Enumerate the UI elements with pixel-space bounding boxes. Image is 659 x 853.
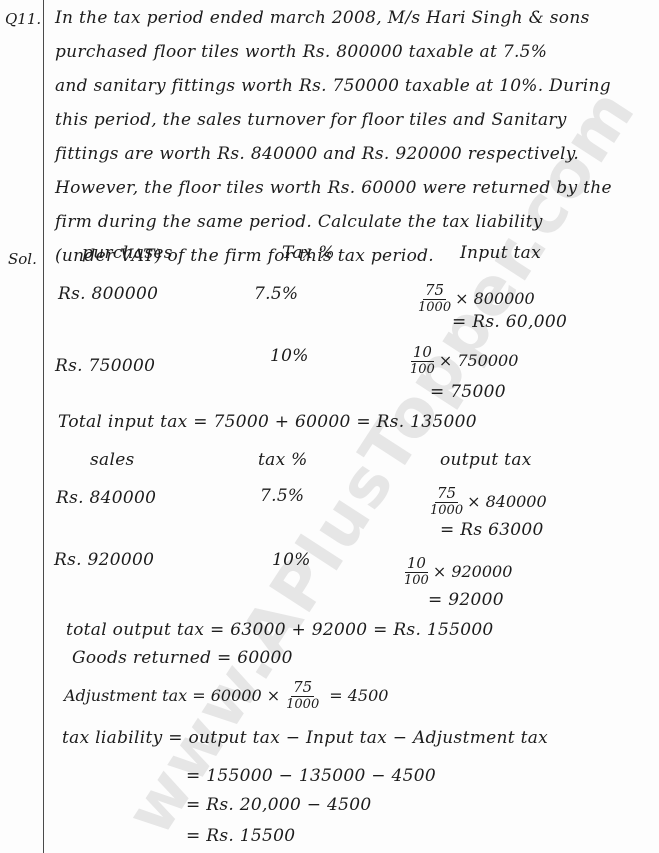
fraction-numerator: 10 bbox=[411, 345, 434, 362]
tax-liability-step: = 155000 − 135000 − 4500 bbox=[186, 766, 436, 786]
sales-header: sales bbox=[90, 450, 135, 470]
tax-rate-header: Tax % bbox=[282, 243, 335, 263]
question-line: fittings are worth Rs. 840000 and Rs. 92… bbox=[55, 144, 579, 164]
tax-liability-final: = Rs. 15500 bbox=[186, 826, 295, 846]
adjustment-result: = 4500 bbox=[329, 686, 388, 705]
multiplier: × 800000 bbox=[455, 289, 535, 308]
question-label: Q11. bbox=[5, 10, 41, 28]
purchase-amount: Rs. 750000 bbox=[55, 356, 155, 376]
output-tax-formula: 10100 × 920000 bbox=[404, 556, 512, 587]
multiplier: × 840000 bbox=[467, 492, 547, 511]
output-tax-result: = Rs 63000 bbox=[440, 520, 544, 540]
margin-line bbox=[43, 0, 44, 853]
fraction-denominator: 1000 bbox=[430, 503, 463, 517]
output-tax-formula: 751000 × 840000 bbox=[430, 486, 547, 517]
fraction-denominator: 100 bbox=[410, 362, 435, 376]
tax-rate-header: tax % bbox=[258, 450, 308, 470]
fraction-denominator: 100 bbox=[404, 573, 429, 587]
tax-liability-step: = Rs. 20,000 − 4500 bbox=[186, 795, 371, 815]
input-tax-result: = Rs. 60,000 bbox=[452, 312, 567, 332]
fraction-numerator: 75 bbox=[291, 680, 314, 697]
fraction-denominator: 1000 bbox=[418, 300, 451, 314]
question-line: purchased floor tiles worth Rs. 800000 t… bbox=[55, 42, 547, 62]
purchase-rate: 10% bbox=[270, 346, 309, 366]
adjustment-tax: Adjustment tax = 60000 × 751000 = 4500 bbox=[64, 680, 388, 711]
fraction-numerator: 75 bbox=[423, 283, 446, 300]
sales-rate: 7.5% bbox=[260, 486, 304, 506]
solution-label: Sol. bbox=[8, 250, 37, 268]
sales-amount: Rs. 840000 bbox=[56, 488, 156, 508]
question-line: firm during the same period. Calculate t… bbox=[55, 212, 543, 232]
input-tax-formula: 751000 × 800000 bbox=[418, 283, 535, 314]
multiplier: × 750000 bbox=[439, 351, 519, 370]
total-output-tax: total output tax = 63000 + 92000 = Rs. 1… bbox=[66, 620, 494, 640]
purchase-rate: 7.5% bbox=[254, 284, 298, 304]
scanned-page: www.APlusTopper.com Q11. In the tax peri… bbox=[0, 0, 659, 853]
goods-returned: Goods returned = 60000 bbox=[72, 648, 293, 668]
sales-rate: 10% bbox=[272, 550, 311, 570]
question-line: However, the floor tiles worth Rs. 60000… bbox=[55, 178, 612, 198]
fraction-numerator: 10 bbox=[405, 556, 428, 573]
input-tax-result: = 75000 bbox=[430, 382, 506, 402]
adjustment-prefix: Adjustment tax = 60000 × bbox=[64, 686, 280, 705]
multiplier: × 920000 bbox=[433, 562, 513, 581]
question-line: and sanitary fittings worth Rs. 750000 t… bbox=[55, 76, 611, 96]
output-tax-header: output tax bbox=[440, 450, 532, 470]
total-input-tax: Total input tax = 75000 + 60000 = Rs. 13… bbox=[58, 412, 477, 432]
purchase-amount: Rs. 800000 bbox=[58, 284, 158, 304]
purchases-header: purchases bbox=[82, 243, 173, 263]
tax-liability-formula: tax liability = output tax − Input tax −… bbox=[62, 728, 548, 748]
fraction-numerator: 75 bbox=[435, 486, 458, 503]
fraction-denominator: 1000 bbox=[286, 697, 319, 711]
question-line: this period, the sales turnover for floo… bbox=[55, 110, 567, 130]
output-tax-result: = 92000 bbox=[428, 590, 504, 610]
input-tax-formula: 10100 × 750000 bbox=[410, 345, 518, 376]
question-line: In the tax period ended march 2008, M/s … bbox=[55, 8, 590, 28]
sales-amount: Rs. 920000 bbox=[54, 550, 154, 570]
input-tax-header: Input tax bbox=[460, 243, 541, 263]
